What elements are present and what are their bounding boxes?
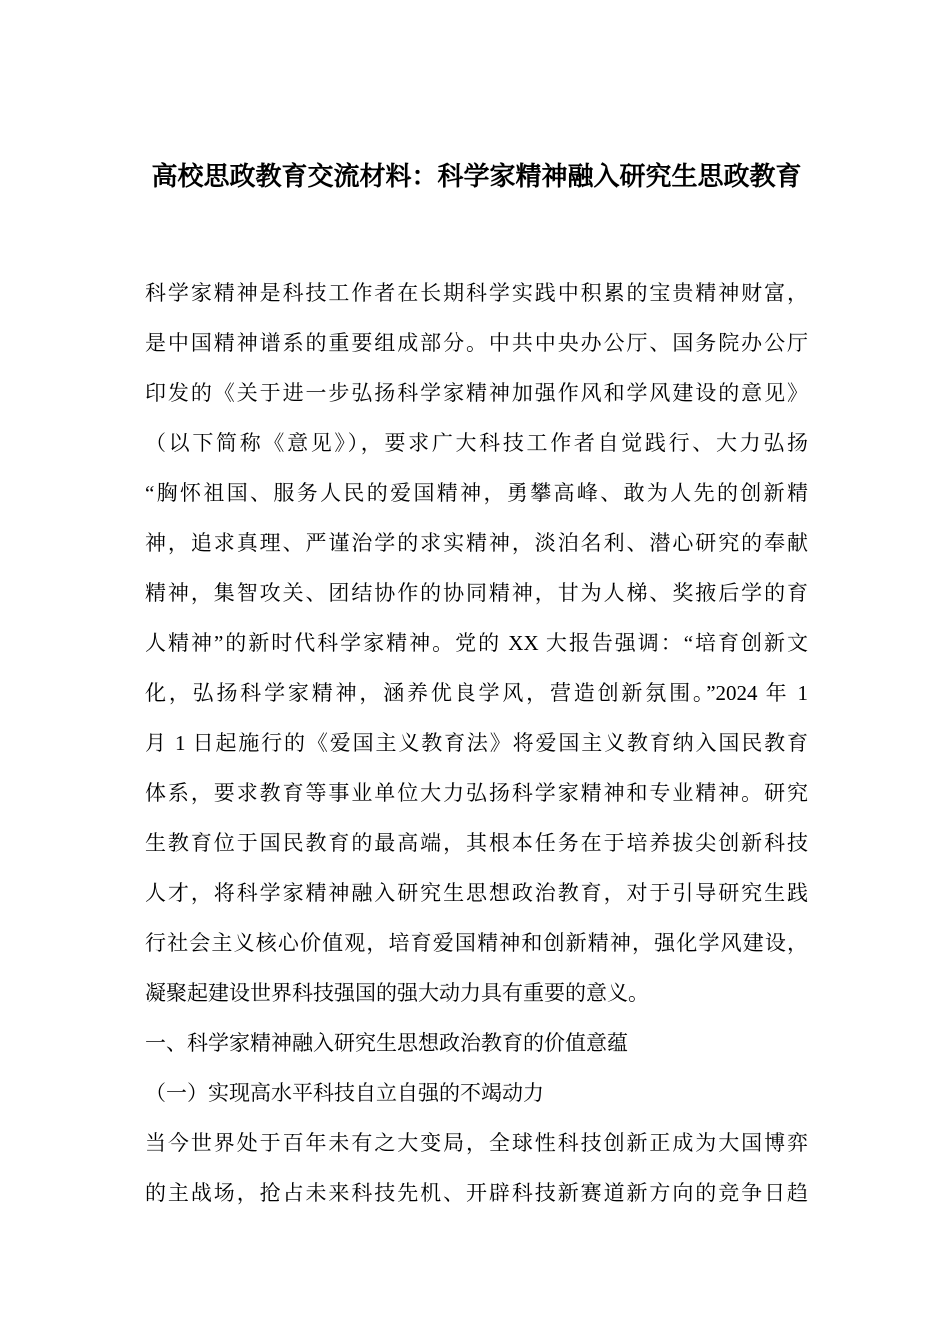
text-line: （一）实现高水平科技自立自强的不竭动力 (145, 1068, 808, 1118)
text-line: 的主战场，抢占未来科技先机、开辟科技新赛道新方向的竞争日趋 (145, 1168, 808, 1218)
text-line: （以下简称《意见》），要求广大科技工作者自觉践行、大力弘扬 (145, 418, 808, 468)
document-body: 科学家精神是科技工作者在长期科学实践中积累的宝贵精神财富，是中国精神谱系的重要组… (145, 268, 808, 1218)
text-line: 人才，将科学家精神融入研究生思想政治教育，对于引导研究生践 (145, 868, 808, 918)
text-line: 当今世界处于百年未有之大变局，全球性科技创新正成为大国博弈 (145, 1118, 808, 1168)
text-line: “胸怀祖国、服务人民的爱国精神，勇攀高峰、敢为人先的创新精 (145, 468, 808, 518)
text-line: 是中国精神谱系的重要组成部分。中共中央办公厅、国务院办公厅 (145, 318, 808, 368)
text-line: 神，追求真理、严谨治学的求实精神，淡泊名利、潜心研究的奉献 (145, 518, 808, 568)
text-line: 行社会主义核心价值观，培育爱国精神和创新精神，强化学风建设， (145, 918, 808, 968)
text-line: 体系，要求教育等事业单位大力弘扬科学家精神和专业精神。研究 (145, 768, 808, 818)
text-line: 人精神”的新时代科学家精神。党的 XX 大报告强调：“培育创新文 (145, 618, 808, 668)
text-line: 一、科学家精神融入研究生思想政治教育的价值意蕴 (145, 1018, 808, 1068)
text-line: 月 1 日起施行的《爱国主义教育法》将爱国主义教育纳入国民教育 (145, 718, 808, 768)
text-line: 化，弘扬科学家精神，涵养优良学风，营造创新氛围。”2024 年 1 (145, 668, 808, 718)
document-title: 高校思政教育交流材料：科学家精神融入研究生思政教育 (145, 160, 808, 194)
text-line: 生教育位于国民教育的最高端，其根本任务在于培养拔尖创新科技 (145, 818, 808, 868)
text-line: 精神，集智攻关、团结协作的协同精神，甘为人梯、奖掖后学的育 (145, 568, 808, 618)
text-line: 凝聚起建设世界科技强国的强大动力具有重要的意义。 (145, 968, 808, 1018)
document-page: 高校思政教育交流材料：科学家精神融入研究生思政教育 科学家精神是科技工作者在长期… (0, 0, 950, 1344)
text-line: 印发的《关于进一步弘扬科学家精神加强作风和学风建设的意见》 (145, 368, 808, 418)
text-line: 科学家精神是科技工作者在长期科学实践中积累的宝贵精神财富， (145, 268, 808, 318)
